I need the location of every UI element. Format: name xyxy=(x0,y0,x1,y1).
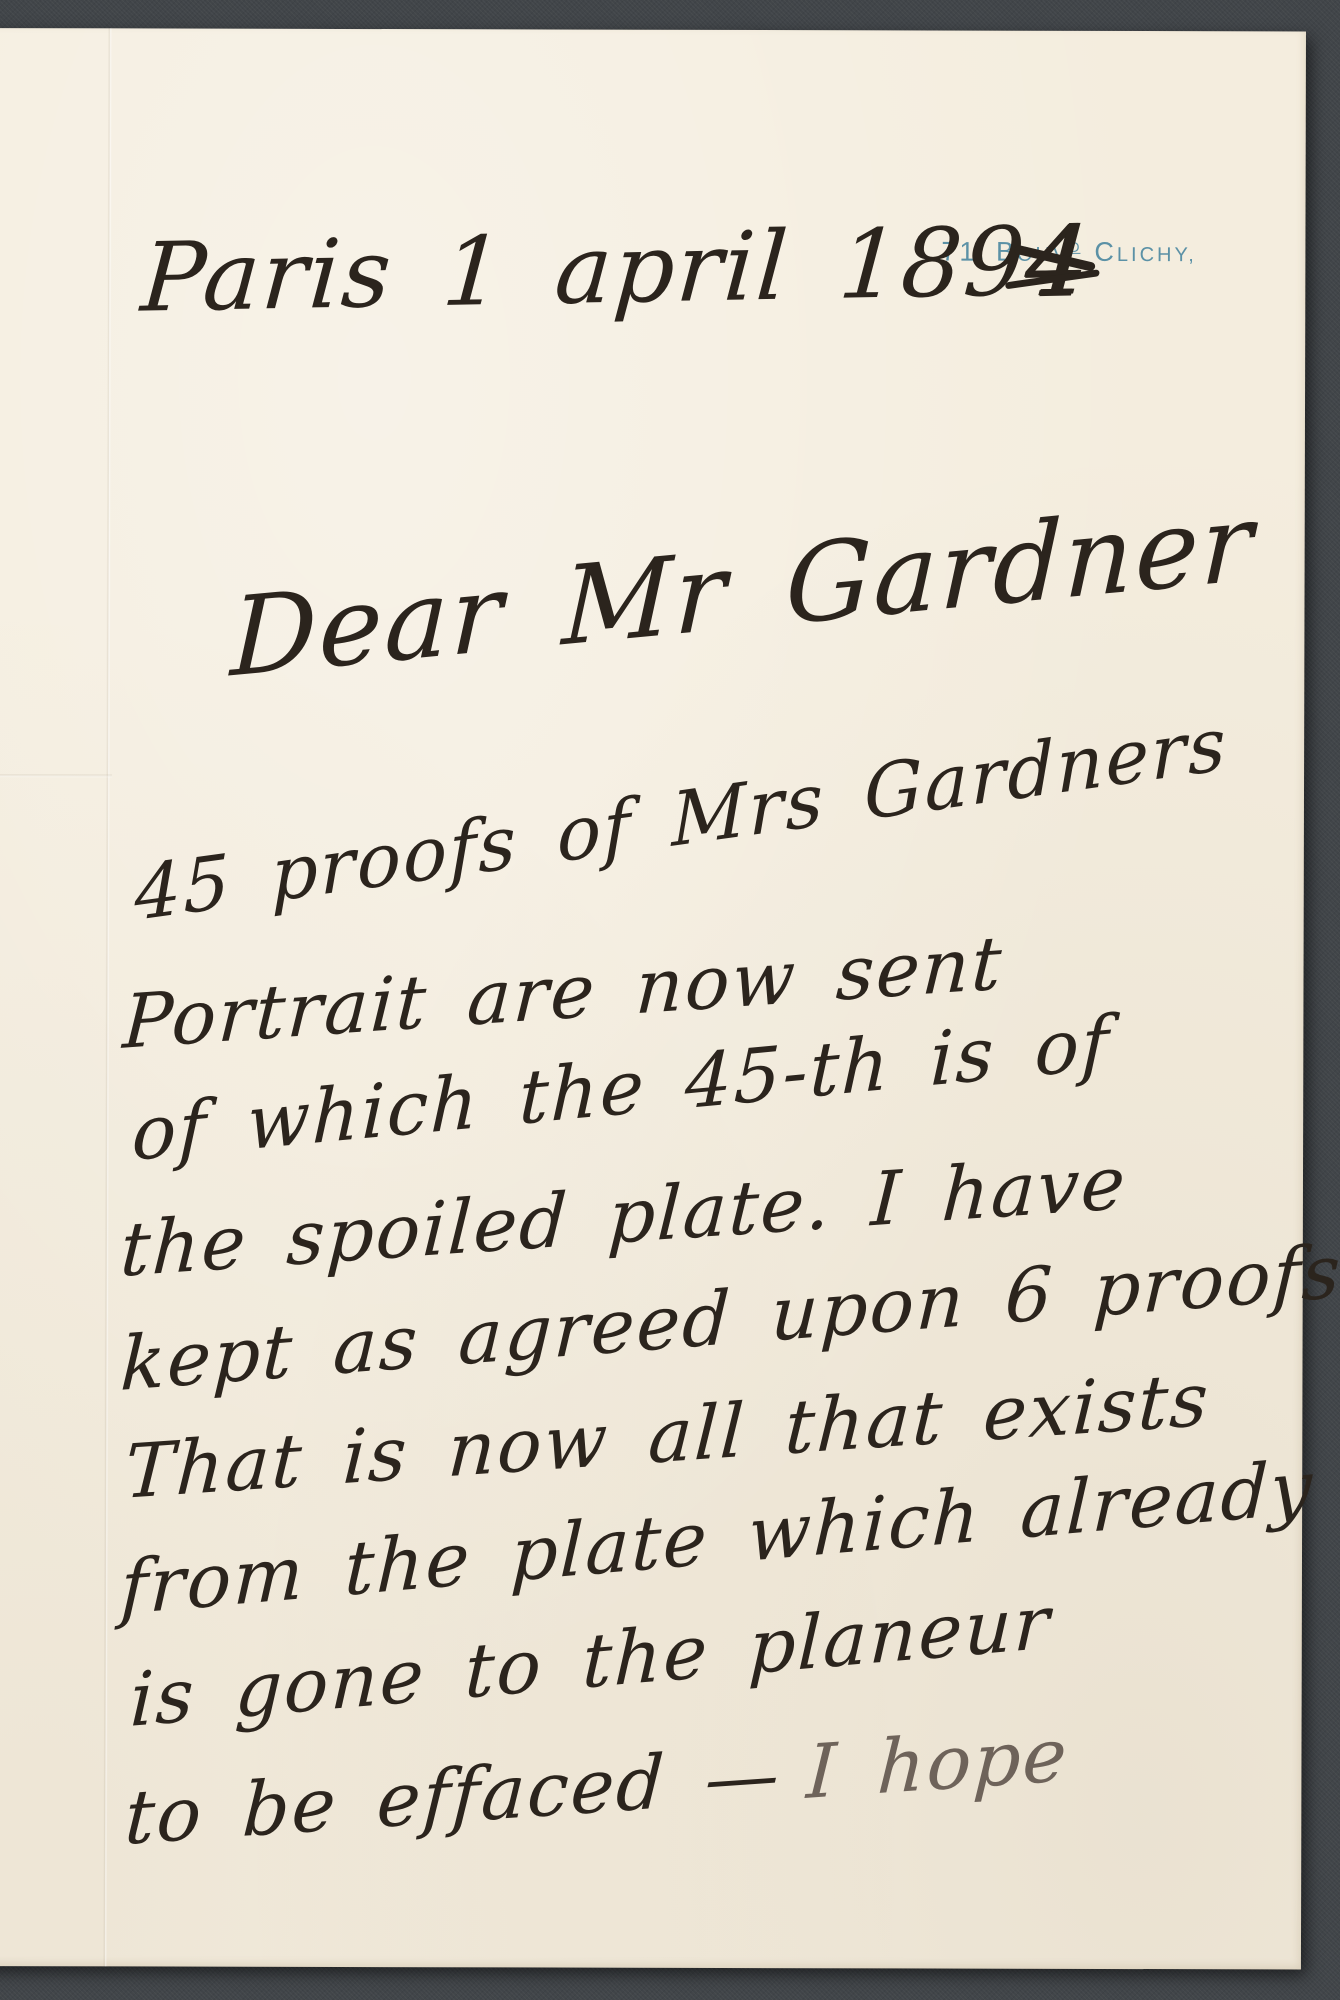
body-line: 45 proofs of Mrs Gardners xyxy=(134,702,1228,938)
closing-phrase: I hope xyxy=(805,1712,1071,1816)
body-line-text: to be effaced — xyxy=(123,1731,784,1862)
handwritten-date: Paris 1 april 1894 xyxy=(138,207,1093,334)
letterhead-city-initial: C xyxy=(1094,237,1117,267)
date-text: Paris 1 april 189 xyxy=(138,207,1030,333)
letterhead-city-rest: LICHY, xyxy=(1117,244,1197,266)
letter-sheet: 71,BOUVDCLICHY, Paris 1 april 1894 Dear … xyxy=(0,28,1306,1969)
fold-crease-horizontal xyxy=(0,774,112,777)
photograph-background: 71,BOUVDCLICHY, Paris 1 april 1894 Dear … xyxy=(0,0,1340,2000)
salutation: Dear Mr Gardner xyxy=(229,481,1256,702)
fold-crease-vertical xyxy=(103,28,112,1966)
overwritten-year-digit: 4 xyxy=(1023,207,1093,318)
body-line: to be effaced —I hope xyxy=(123,1713,1071,1862)
